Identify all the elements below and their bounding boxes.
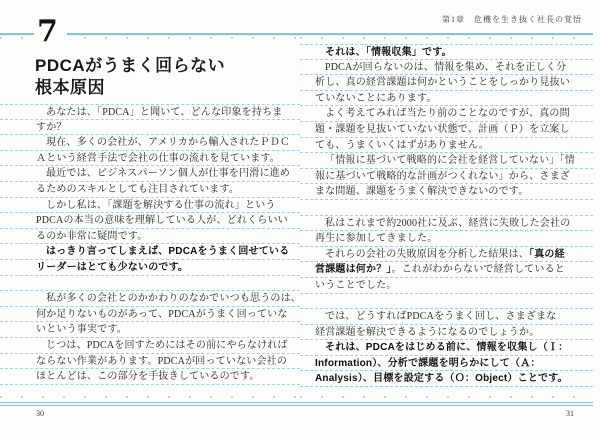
text-segment: それらの会社の失敗原因を分析した結果は、 <box>325 249 529 260</box>
text-line: 私が多くの会社とのかかわりのなかでいつも思うのは、 <box>0 291 300 307</box>
text-segment: まな問題、課題をうまく解決できないのです。 <box>315 186 528 197</box>
bold-text-segment: それは、PDCAをはじめる前に、情報を収集し（Ｉ： <box>325 342 568 353</box>
text-segment: Ａという経営手法で会社の仕事の流れを見ています。 <box>36 153 280 164</box>
text-line: 現在、多くの会社が、アメリカから輸入されたＰＤＣ <box>0 135 300 151</box>
text-line: ならない作業があります。PDCAが回っていない会社の <box>0 354 300 370</box>
text-line <box>300 200 593 216</box>
running-header: 第1章 危機を生き抜く社長の覚悟 <box>442 14 582 25</box>
bold-text-segment: Analysis）、目標を設定する（Ｏ：Object）ことです。 <box>315 373 568 384</box>
tick-row-bottom <box>0 396 300 398</box>
text-line: いうことでした。 <box>300 278 593 294</box>
text-segment: 私はこれまで約2000社に及ぶ、経営に失敗した会社の <box>325 218 570 229</box>
bold-text-segment: それは、「情報収集」です。 <box>325 47 452 58</box>
text-line: Ａという経営手法で会社の仕事の流れを見ています。 <box>0 151 300 167</box>
text-line: PDCAが回らないのは、情報を集め、それを正しく分 <box>300 60 593 76</box>
text-line: るのか非常に疑問です。 <box>0 229 300 245</box>
book-spread: 7 PDCAがうまく回らない 根本原因 あなたは、「PDCA」と聞いて、どんな印… <box>0 0 600 435</box>
text-line: 営課題は何か？」。これがわからないで経営していると <box>300 262 593 278</box>
text-segment: 何か足りないものがあって、PDCAがうまく回っていな <box>36 309 288 320</box>
text-line: ていないことにあります。 <box>300 91 593 107</box>
bold-text-segment: Information）、分析で課題を明らかにして（Ａ： <box>315 358 541 369</box>
text-segment: いうことでした。 <box>315 280 397 291</box>
text-line: しかし私は、「課題を解決する仕事の流れ」という <box>0 198 300 214</box>
bold-text-segment: 営課題は何か？」 <box>315 264 392 275</box>
page-title-line1: PDCAがうまく回らない <box>35 55 225 77</box>
page-title: PDCAがうまく回らない 根本原因 <box>35 55 225 98</box>
top-rule-line <box>300 33 593 35</box>
page-number-left: 30 <box>36 409 44 418</box>
text-line: 報に基づいて戦略的な計画がつくれない」から、さまざ <box>300 169 593 185</box>
text-segment: ならない作業があります。PDCAが回っていない会社の <box>36 356 287 367</box>
text-line: はっきり言ってしまえば、PDCAをうまく回せている <box>0 244 300 260</box>
page-number-right: 31 <box>566 409 574 418</box>
bottom-double-rule <box>0 402 300 406</box>
text-line <box>300 294 593 310</box>
text-line: 私はこれまで約2000社に及ぶ、経営に失敗した会社の <box>300 216 593 232</box>
text-segment: ほとんどは、この部分を手抜きしているのです。 <box>36 371 260 382</box>
text-segment: 私が多くの会社とのかかわりのなかでいつも思うのは、 <box>46 293 300 304</box>
text-line <box>0 276 300 292</box>
text-line: それは、「情報収集」です。 <box>300 44 593 60</box>
text-segment: じつは、PDCAを回すためにはその前にやらなければ <box>46 340 288 351</box>
text-line: それは、PDCAをはじめる前に、情報を収集し（Ｉ： <box>300 340 593 356</box>
text-line: Analysis）、目標を設定する（Ｏ：Object）ことです。 <box>300 371 593 387</box>
text-segment: いという事実です。 <box>36 324 127 335</box>
section-number: 7 <box>34 12 67 52</box>
text-segment: よく考えてみれば当たり前のことなのですが、真の問 <box>325 108 570 119</box>
text-line: あなたは、「PDCA」と聞いて、どんな印象を持ちま <box>0 104 300 120</box>
text-segment: PDCAの本当の意味を理解している人が、どれくらいい <box>36 215 288 226</box>
text-segment: PDCAが回らないのは、情報を集め、それを正しく分 <box>325 62 566 73</box>
text-line: るためのスキルとしても注目されています。 <box>0 182 300 198</box>
text-segment: あなたは、「PDCA」と聞いて、どんな印象を持ちま <box>46 107 282 118</box>
bottom-double-rule <box>300 402 593 406</box>
tick-row-top <box>300 37 593 39</box>
text-segment: 経営課題を解決できるようになるのでしょうか。 <box>315 327 539 338</box>
text-segment: すか？ <box>36 122 67 133</box>
text-line: 最近では、ビジネスパーソン個人が仕事を円滑に進め <box>0 166 300 182</box>
left-page: 7 PDCAがうまく回らない 根本原因 あなたは、「PDCA」と聞いて、どんな印… <box>0 0 300 435</box>
text-line: すか？ <box>0 120 300 136</box>
text-line: 何か足りないものがあって、PDCAがうまく回っていな <box>0 307 300 323</box>
text-segment: 現在、多くの会社が、アメリカから輸入されたＰＤＣ <box>46 137 290 148</box>
text-line: ほとんどは、この部分を手抜きしているのです。 <box>0 369 300 385</box>
text-segment: 最近では、ビジネスパーソン個人が仕事を円滑に進め <box>46 168 290 179</box>
text-line: それらの会社の失敗原因を分析した結果は、「真の経 <box>300 247 593 263</box>
text-line: リーダーはとても少ないのです。 <box>0 260 300 276</box>
text-segment: 再生に参加してきました。 <box>315 233 437 244</box>
text-line: まな問題、課題をうまく解決できないのです。 <box>300 184 593 200</box>
text-line: では、どうすればPDCAをうまく回し、さまざまな <box>300 309 593 325</box>
text-segment: るのか非常に疑問です。 <box>36 231 147 242</box>
text-segment: 析し、真の経営課題は何かということをしっかり見抜い <box>315 77 570 88</box>
text-line: 経営課題を解決できるようになるのでしょうか。 <box>300 325 593 341</box>
text-line: よく考えてみれば当たり前のことなのですが、真の問 <box>300 106 593 122</box>
text-segment: しかし私は、「課題を解決する仕事の流れ」という <box>46 200 276 211</box>
tick-row-bottom <box>300 396 593 398</box>
text-segment: 報に基づいて戦略的な計画がつくれない」から、さまざ <box>315 171 570 182</box>
text-line: いという事実です。 <box>0 322 300 338</box>
text-line: 再生に参加してきました。 <box>300 231 593 247</box>
text-segment: ていないことにあります。 <box>315 93 437 104</box>
text-line: ても、うまくいくはずがありません。 <box>300 138 593 154</box>
text-line: 「情報に基づいて戦略的に会社を経営していない」「情 <box>300 153 593 169</box>
left-page-text: あなたは、「PDCA」と聞いて、どんな印象を持ちますか？現在、多くの会社が、アメ… <box>0 104 300 385</box>
right-page-text: それは、「情報収集」です。PDCAが回らないのは、情報を集め、それを正しく分析し… <box>300 44 593 387</box>
text-line: じつは、PDCAを回すためにはその前にやらなければ <box>0 338 300 354</box>
text-segment: 「情報に基づいて戦略的に会社を経営していない」「情 <box>325 155 575 166</box>
bold-text-segment: 「真の経 <box>529 249 565 260</box>
text-segment: 題・課題を見抜いていない状態で、計画（Ｐ）を立案し <box>315 124 570 135</box>
text-line: Information）、分析で課題を明らかにして（Ａ： <box>300 356 593 372</box>
text-line: 析し、真の経営課題は何かということをしっかり見抜い <box>300 75 593 91</box>
bold-text-segment: リーダーはとても少ないのです。 <box>36 262 188 273</box>
bold-text-segment: はっきり言ってしまえば、PDCAをうまく回せている <box>46 246 289 257</box>
text-segment: では、どうすればPDCAをうまく回し、さまざまな <box>325 311 556 322</box>
page-title-line2: 根本原因 <box>35 77 225 99</box>
text-line: 題・課題を見抜いていない状態で、計画（Ｐ）を立案し <box>300 122 593 138</box>
text-segment: 。これがわからないで経営していると <box>392 264 565 275</box>
text-segment: るためのスキルとしても注目されています。 <box>36 184 239 195</box>
text-segment: ても、うまくいくはずがありません。 <box>315 140 489 151</box>
right-page: 第1章 危機を生き抜く社長の覚悟 それは、「情報収集」です。PDCAが回らないの… <box>300 0 600 435</box>
text-line: PDCAの本当の意味を理解している人が、どれくらいい <box>0 213 300 229</box>
